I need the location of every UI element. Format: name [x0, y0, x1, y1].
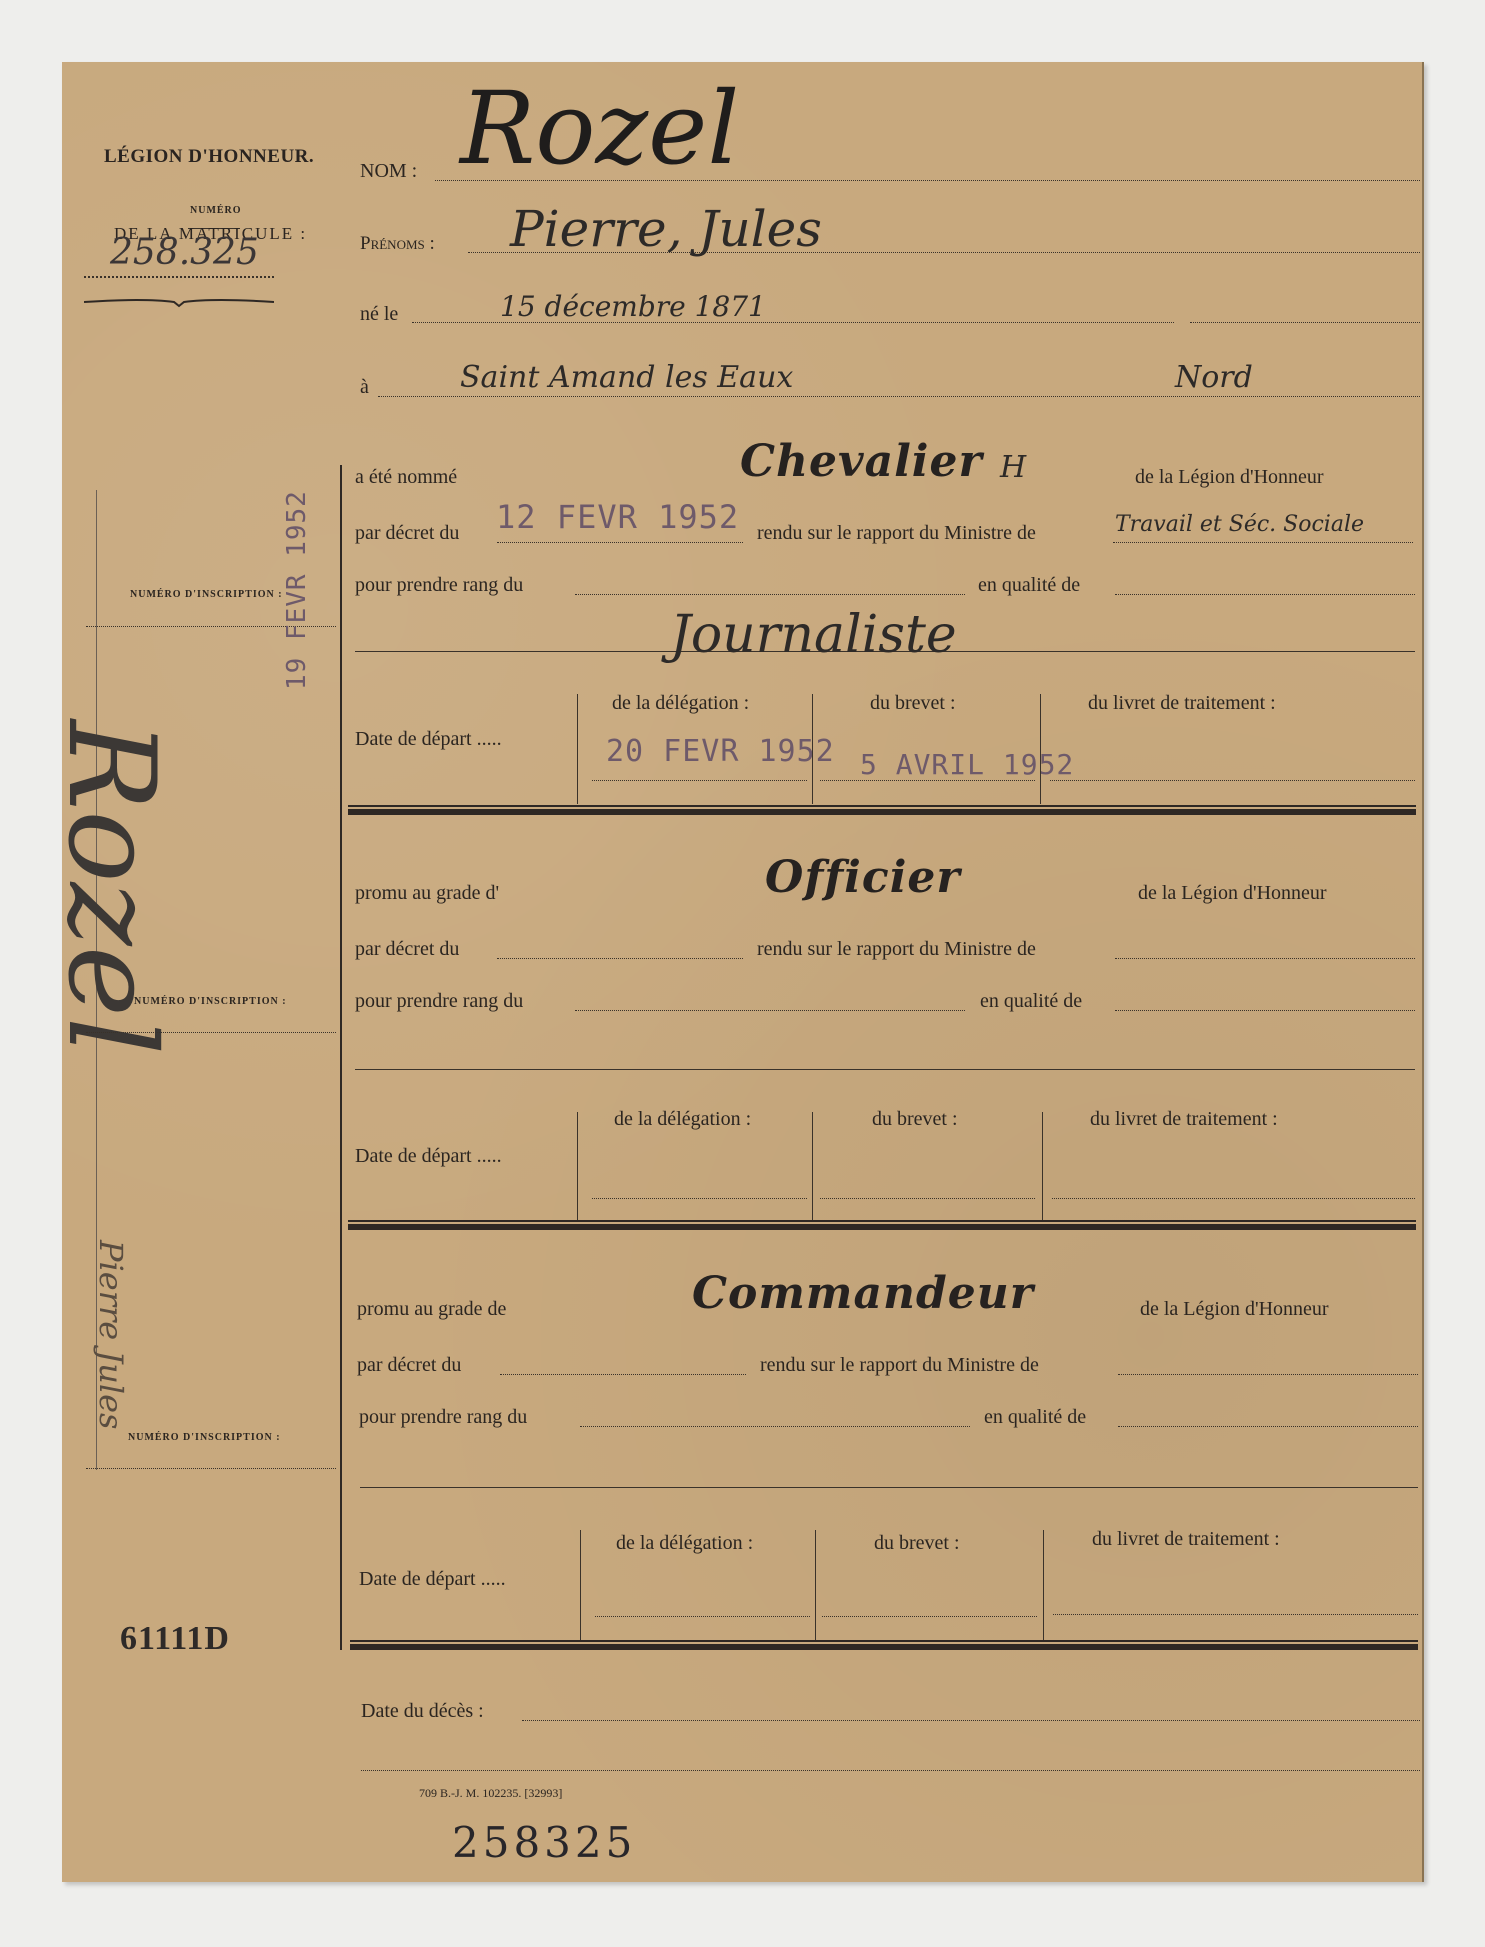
chevalier-delegation-stamp: 20 FEVR 1952 [606, 734, 835, 769]
deces-line-2 [361, 1770, 1420, 1771]
chevalier-rang-line [575, 594, 965, 595]
prenoms-label: Prénoms : [360, 233, 435, 255]
commandeur-col-divider-1 [815, 1530, 816, 1642]
legion-header: LÉGION D'HONNEUR. [104, 146, 314, 168]
lieu-line [378, 396, 1420, 397]
ne-le-label: né le [360, 303, 398, 326]
officier-ministre-line [1115, 958, 1415, 959]
chevalier-brevet-label: du brevet : [870, 692, 956, 715]
commandeur-intro: promu au grade de [357, 1298, 506, 1321]
chevalier-qualite-value: Journaliste [670, 605, 957, 665]
inscription-label-3: NUMÉRO D'INSCRIPTION : [128, 1432, 281, 1443]
deces-line [522, 1720, 1420, 1721]
officier-brevet-line [820, 1198, 1035, 1199]
record-card [62, 62, 1424, 1882]
numero-label: NUMÉRO [190, 205, 242, 216]
officier-qualite-rule [355, 1069, 1415, 1070]
chevalier-qualite-label: en qualité de [978, 574, 1080, 597]
chevalier-livret-label: du livret de traitement : [1088, 692, 1276, 715]
matricule-value: 258.325 [110, 232, 259, 273]
chevalier-decret-line [497, 542, 743, 543]
commandeur-suffix: de la Légion d'Honneur [1140, 1298, 1329, 1321]
officier-delegation-label: de la délégation : [614, 1108, 751, 1131]
departement-value: Nord [1175, 360, 1253, 395]
chevalier-qualite-line [1115, 594, 1415, 595]
officier-section-divider [348, 1220, 1416, 1230]
officier-brevet-label: du brevet : [872, 1108, 958, 1131]
chevalier-delegation-label: de la délégation : [612, 692, 749, 715]
chevalier-depart-label: Date de départ ..... [355, 728, 502, 751]
officier-delegation-line [592, 1198, 807, 1199]
commandeur-delegation-line [595, 1616, 810, 1617]
commandeur-rang-label: pour prendre rang du [359, 1406, 527, 1429]
chevalier-intro: a été nommé [355, 466, 457, 489]
officier-rang-label: pour prendre rang du [355, 990, 523, 1013]
commandeur-qualite-rule [360, 1487, 1418, 1488]
chevalier-decret-stamp: 12 FEVR 1952 [496, 498, 739, 536]
chevalier-delegation-line [592, 780, 807, 781]
nom-label: NOM : [360, 160, 417, 183]
inscription-line-2 [86, 1032, 336, 1033]
chevalier-ministre-value: Travail et Séc. Sociale [1115, 512, 1364, 537]
officier-livret-label: du livret de traitement : [1090, 1108, 1278, 1131]
commandeur-brevet-line [822, 1616, 1037, 1617]
officier-decret-label: par décret du [355, 938, 459, 961]
chevalier-rang-label: pour prendre rang du [355, 574, 523, 597]
chevalier-col-divider-1 [812, 694, 813, 804]
commandeur-rang-line [580, 1426, 970, 1427]
ornament-divider [84, 296, 274, 310]
chevalier-grade: Chevalier [740, 436, 983, 487]
file-number: 61111D [120, 1620, 230, 1658]
chevalier-rapport-label: rendu sur le rapport du Ministre de [757, 522, 1036, 545]
commandeur-delegation-label: de la délégation : [616, 1532, 753, 1555]
matricule-line [84, 276, 274, 278]
chevalier-ministre-line [1113, 542, 1413, 543]
a-label: à [360, 376, 369, 399]
prenoms-value: Pierre, Jules [510, 200, 822, 258]
commandeur-depart-brace [580, 1530, 581, 1642]
officier-livret-line [1052, 1198, 1415, 1199]
commandeur-rapport-label: rendu sur le rapport du Ministre de [760, 1354, 1039, 1377]
handwritten-number: 258325 [452, 1818, 636, 1867]
chevalier-livret-line [1050, 780, 1415, 781]
commandeur-section-divider [350, 1640, 1418, 1650]
chevalier-depart-brace [577, 694, 578, 804]
chevalier-brevet-line [820, 780, 1035, 781]
nom-value: Rozel [460, 70, 739, 187]
commandeur-depart-label: Date de départ ..... [359, 1568, 506, 1591]
commandeur-brevet-label: du brevet : [874, 1532, 960, 1555]
commandeur-livret-line [1053, 1614, 1418, 1615]
ne-le-value: 15 décembre 1871 [500, 290, 766, 323]
inscription-line-3 [86, 1468, 336, 1469]
chevalier-grade-annotation: H [1000, 450, 1026, 485]
officier-depart-label: Date de départ ..... [355, 1145, 502, 1168]
officier-intro: promu au grade d' [355, 882, 499, 905]
chevalier-decret-label: par décret du [355, 522, 459, 545]
officier-decret-line [497, 958, 743, 959]
officier-qualite-line [1115, 1010, 1415, 1011]
commandeur-ministre-line [1118, 1374, 1418, 1375]
chevalier-brevet-stamp: 5 AVRIL 1952 [860, 748, 1074, 781]
officier-rapport-label: rendu sur le rapport du Ministre de [757, 938, 1036, 961]
officier-qualite-label: en qualité de [980, 990, 1082, 1013]
inscription-label-1: NUMÉRO D'INSCRIPTION : [130, 589, 283, 600]
deces-label: Date du décès : [361, 1700, 484, 1723]
lieu-value: Saint Amand les Eaux [460, 360, 793, 395]
commandeur-grade: Commandeur [692, 1268, 1034, 1319]
chevalier-suffix: de la Légion d'Honneur [1135, 466, 1324, 489]
commandeur-col-divider-2 [1043, 1530, 1044, 1642]
vertical-date-stamp: 19 FEVR 1952 [282, 490, 312, 690]
vertical-firstnames: Pierre Jules [92, 1240, 130, 1429]
officier-rang-line [575, 1010, 965, 1011]
commandeur-qualite-label: en qualité de [984, 1406, 1086, 1429]
commandeur-livret-label: du livret de traitement : [1092, 1528, 1280, 1551]
officier-col-divider-2 [1042, 1112, 1043, 1222]
ne-le-line-2 [1190, 322, 1420, 323]
chevalier-section-divider [348, 805, 1416, 815]
commandeur-decret-line [500, 1374, 746, 1375]
commandeur-decret-label: par décret du [357, 1354, 461, 1377]
printer-reference: 709 B.-J. M. 102235. [32993] [419, 1786, 562, 1801]
inscription-label-2: NUMÉRO D'INSCRIPTION : [134, 996, 287, 1007]
chevalier-col-divider-2 [1040, 694, 1041, 804]
officier-grade: Officier [765, 852, 961, 903]
officier-depart-brace [577, 1112, 578, 1222]
commandeur-qualite-line [1118, 1426, 1418, 1427]
section-brace-rule [340, 465, 342, 1650]
officier-col-divider-1 [812, 1112, 813, 1222]
officier-suffix: de la Légion d'Honneur [1138, 882, 1327, 905]
